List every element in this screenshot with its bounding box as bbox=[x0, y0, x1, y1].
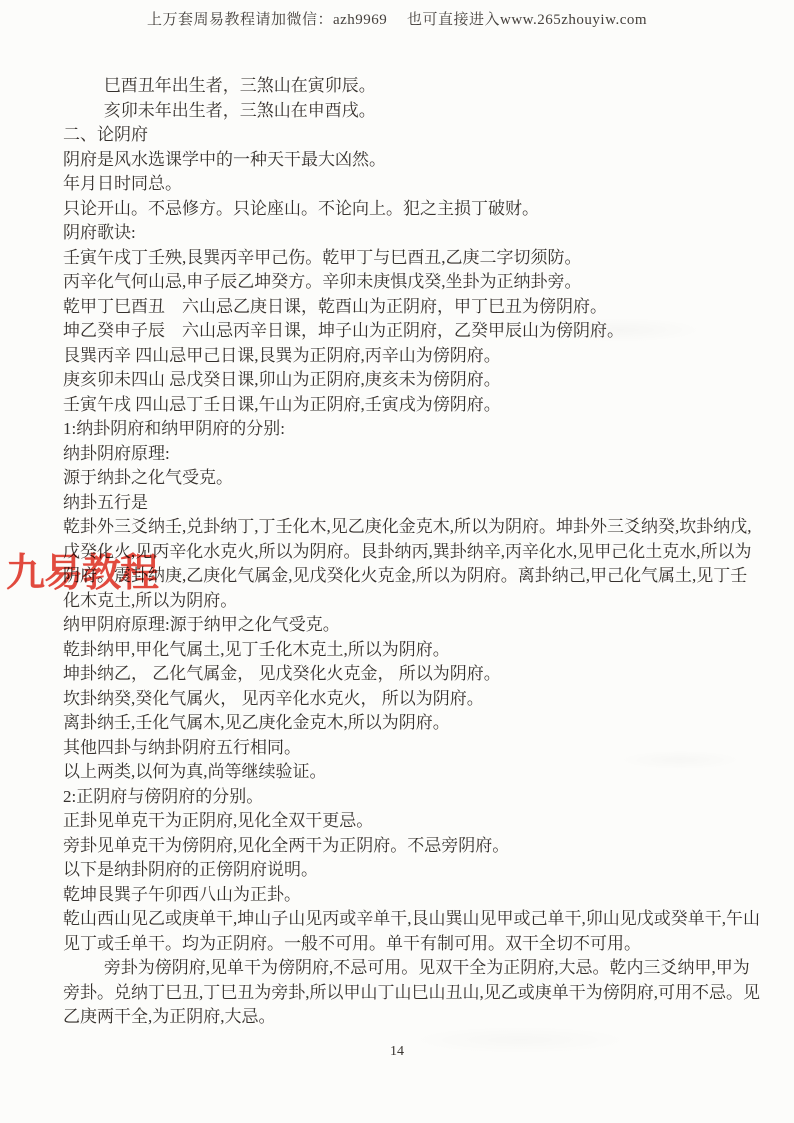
paragraph: 纳甲阴府原理:源于纳甲之化气受克。 bbox=[63, 613, 764, 638]
paragraph: 坎卦纳癸,癸化气属火， 见丙辛化水克火， 所以为阴府。 bbox=[63, 687, 764, 712]
paragraph: 乾卦纳甲,甲化气属土,见丁壬化木克土,所以为阴府。 bbox=[63, 638, 764, 663]
paragraph: 亥卯未年出生者，三煞山在申酉戌。 bbox=[63, 99, 764, 124]
paragraph: 乾卦外三爻纳壬,兑卦纳丁,丁壬化木,见乙庚化金克木,所以为阴府。坤卦外三爻纳癸,… bbox=[63, 515, 764, 613]
paragraph: 纳卦阴府原理: bbox=[63, 442, 764, 467]
paragraph: 以上两类,以何为真,尚等继续验证。 bbox=[63, 760, 764, 785]
paragraph: 源于纳卦之化气受克。 bbox=[63, 466, 764, 491]
paragraph: 丙辛化气何山忌,申子辰乙坤癸方。辛卯未庚惧戊癸,坐卦为正纳卦旁。 bbox=[63, 270, 764, 295]
paragraph: 壬寅午戌丁壬殃,艮巽丙辛甲己伤。乾甲丁与巳酉丑,乙庚二字切须防。 bbox=[63, 246, 764, 271]
document-body: 巳酉丑年出生者，三煞山在寅卯辰。亥卯未年出生者，三煞山在申酉戌。二、论阴府阴府是… bbox=[63, 74, 764, 1030]
paragraph: 乾山西山见乙或庚单干,坤山子山见丙或辛单干,艮山巽山见甲或己单干,卯山见戊或癸单… bbox=[63, 907, 764, 956]
paragraph: 只论开山。不忌修方。只论座山。不论向上。犯之主损丁破财。 bbox=[63, 197, 764, 222]
scanned-document-page: 上万套周易教程请加微信：azh9969 也可直接进入www.265zhouyiw… bbox=[0, 0, 794, 1123]
paragraph: 年月日时同总。 bbox=[63, 172, 764, 197]
paragraph: 坤乙癸申子辰 六山忌丙辛日课，坤子山为正阴府，乙癸甲辰山为傍阴府。 bbox=[63, 319, 764, 344]
header-promo-text: 上万套周易教程请加微信：azh9969 也可直接进入www.265zhouyiw… bbox=[0, 8, 794, 29]
paragraph: 巳酉丑年出生者，三煞山在寅卯辰。 bbox=[63, 74, 764, 99]
paragraph: 纳卦五行是 bbox=[63, 491, 764, 516]
paragraph: 离卦纳壬,壬化气属木,见乙庚化金克木,所以为阴府。 bbox=[63, 711, 764, 736]
paragraph: 乾甲丁巳酉丑 六山忌乙庚日课，乾酉山为正阴府，甲丁巳丑为傍阴府。 bbox=[63, 295, 764, 320]
paragraph: 庚亥卯未四山 忌戊癸日课,卯山为正阴府,庚亥未为傍阴府。 bbox=[63, 368, 764, 393]
paragraph: 正卦见单克干为正阴府,见化全双干更忌。 bbox=[63, 809, 764, 834]
paragraph: 坤卦纳乙， 乙化气属金， 见戊癸化火克金， 所以为阴府。 bbox=[63, 662, 764, 687]
paragraph: 旁卦见单克干为傍阴府,见化全两干为正阴府。不忌旁阴府。 bbox=[63, 834, 764, 859]
paragraph: 阴府歌诀: bbox=[63, 221, 764, 246]
paragraph: 2:正阴府与傍阴府的分别。 bbox=[63, 785, 764, 810]
page-number: 14 bbox=[0, 1044, 794, 1060]
paragraph: 二、论阴府 bbox=[63, 123, 764, 148]
paragraph: 壬寅午戌 四山忌丁壬日课,午山为正阴府,壬寅戌为傍阴府。 bbox=[63, 393, 764, 418]
watermark-text: 九易教程 bbox=[6, 542, 158, 598]
paragraph: 乾坤艮巽子午卯西八山为正卦。 bbox=[63, 883, 764, 908]
paragraph: 其他四卦与纳卦阴府五行相同。 bbox=[63, 736, 764, 761]
paragraph: 阴府是风水选课学中的一种天干最大凶然。 bbox=[63, 148, 764, 173]
paragraph: 1:纳卦阴府和纳甲阴府的分别: bbox=[63, 417, 764, 442]
paragraph: 以下是纳卦阴府的正傍阴府说明。 bbox=[63, 858, 764, 883]
paragraph: 旁卦为傍阴府,见单干为傍阴府,不忌可用。见双干全为正阴府,大忌。乾内三爻纳甲,甲… bbox=[63, 956, 764, 1030]
paragraph: 艮巽丙辛 四山忌甲己日课,艮巽为正阴府,丙辛山为傍阴府。 bbox=[63, 344, 764, 369]
